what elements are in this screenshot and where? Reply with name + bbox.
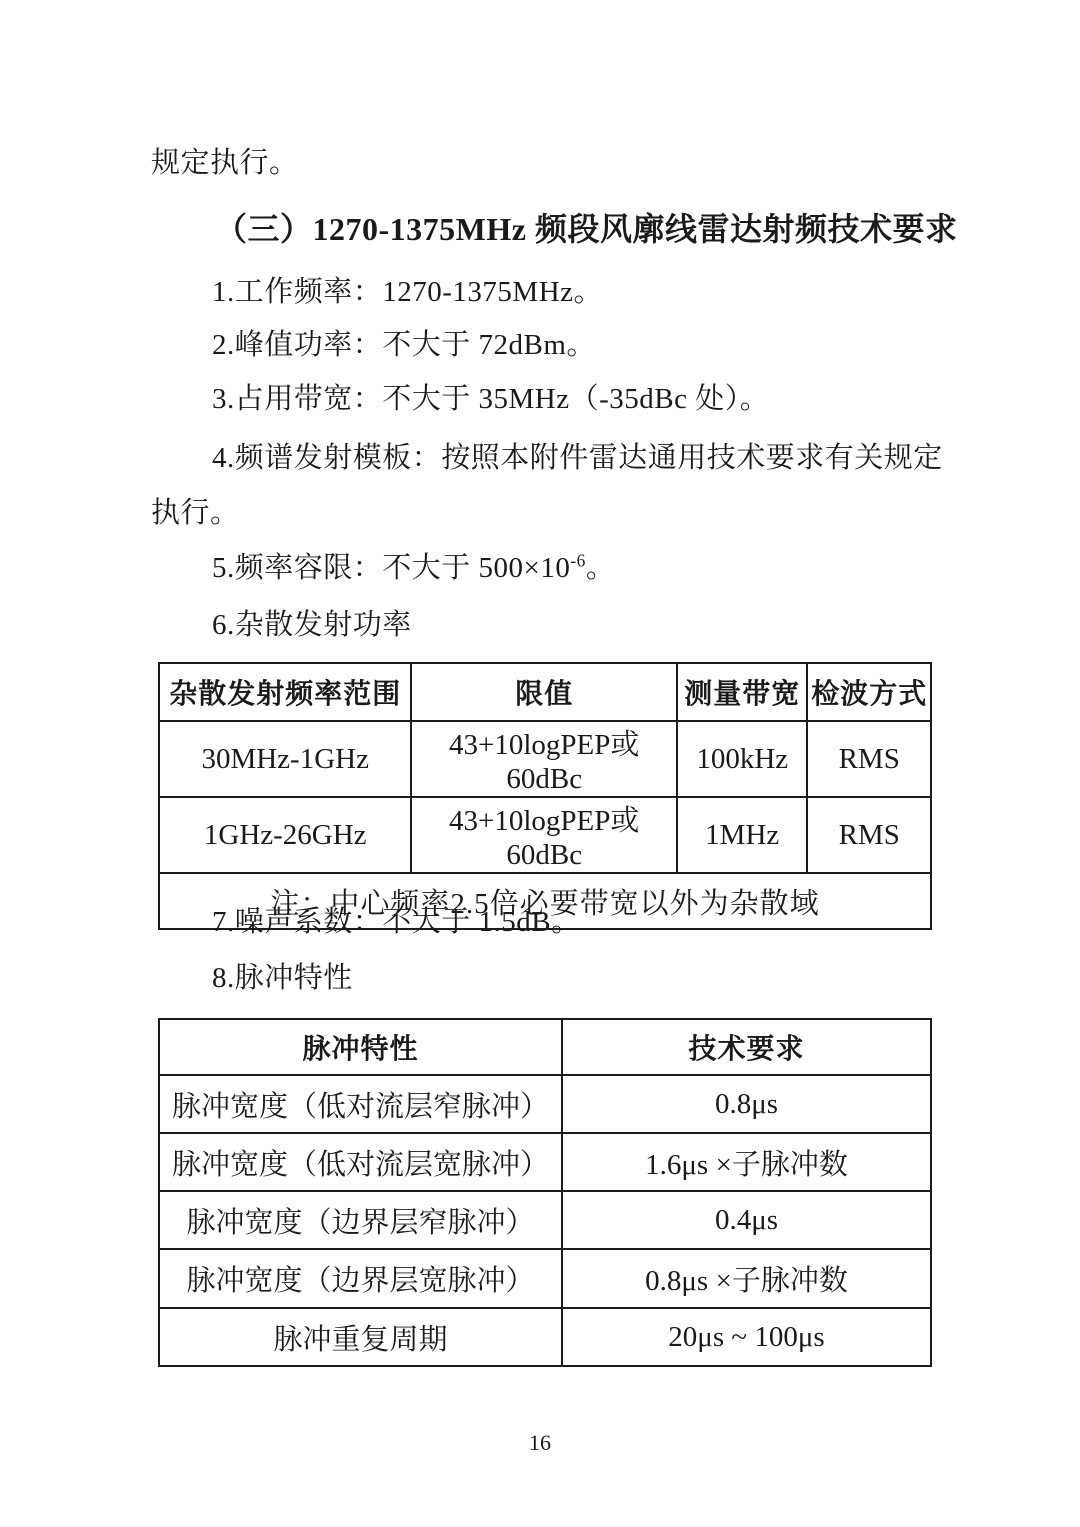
cell-frequency-range: 1GHz-26GHz (159, 797, 411, 873)
cell-technical-requirement: 0.4μs (562, 1191, 931, 1249)
column-header-frequency-range: 杂散发射频率范围 (159, 663, 411, 721)
cell-pulse-characteristic: 脉冲重复周期 (159, 1308, 562, 1366)
cell-technical-requirement: 20μs ~ 100μs (562, 1308, 931, 1366)
item-spurious-emission-power: 6.杂散发射功率 (212, 609, 412, 641)
cell-measure-bandwidth: 100kHz (677, 721, 807, 797)
table-row: 1GHz-26GHz 43+10logPEP或60dBc 1MHz RMS (159, 797, 931, 873)
table-row: 30MHz-1GHz 43+10logPEP或60dBc 100kHz RMS (159, 721, 931, 797)
cell-pulse-characteristic: 脉冲宽度（低对流层宽脉冲） (159, 1133, 562, 1191)
cell-detection-mode: RMS (807, 721, 931, 797)
item-spectrum-mask-line1: 4.频谱发射模板：按照本附件雷达通用技术要求有关规定 (212, 442, 943, 474)
cell-measure-bandwidth: 1MHz (677, 797, 807, 873)
table-row: 脉冲宽度（边界层宽脉冲） 0.8μs ×子脉冲数 (159, 1249, 931, 1308)
cell-limit: 43+10logPEP或60dBc (411, 797, 677, 873)
cell-pulse-characteristic: 脉冲宽度（边界层宽脉冲） (159, 1249, 562, 1308)
item-frequency-tolerance: 5.频率容限：不大于 500×10-6。 (212, 552, 615, 584)
table-row: 脉冲宽度（边界层窄脉冲） 0.4μs (159, 1191, 931, 1249)
cell-pulse-characteristic: 脉冲宽度（边界层窄脉冲） (159, 1191, 562, 1249)
table-row: 脉冲宽度（低对流层窄脉冲） 0.8μs (159, 1075, 931, 1133)
document-page: 规定执行。 （三）1270-1375MHz 频段风廓线雷达射频技术要求 1.工作… (0, 0, 1080, 1527)
table-row: 脉冲宽度（低对流层宽脉冲） 1.6μs ×子脉冲数 (159, 1133, 931, 1191)
item-operating-frequency: 1.工作频率：1270-1375MHz。 (212, 276, 603, 308)
section-heading: （三）1270-1375MHz 频段风廓线雷达射频技术要求 (215, 211, 957, 247)
pulse-characteristics-table: 脉冲特性 技术要求 脉冲宽度（低对流层窄脉冲） 0.8μs 脉冲宽度（低对流层宽… (158, 1018, 932, 1367)
cell-frequency-range: 30MHz-1GHz (159, 721, 411, 797)
table-row: 脉冲重复周期 20μs ~ 100μs (159, 1308, 931, 1366)
cell-technical-requirement: 0.8μs ×子脉冲数 (562, 1249, 931, 1308)
column-header-technical-requirement: 技术要求 (562, 1019, 931, 1075)
paragraph-continuation: 规定执行。 (151, 147, 299, 179)
item-peak-power: 2.峰值功率：不大于 72dBm。 (212, 329, 596, 361)
frequency-tolerance-exponent: -6 (570, 550, 586, 570)
column-header-detection-mode: 检波方式 (807, 663, 931, 721)
column-header-limit: 限值 (411, 663, 677, 721)
cell-technical-requirement: 1.6μs ×子脉冲数 (562, 1133, 931, 1191)
item-occupied-bandwidth: 3.占用带宽：不大于 35MHz（-35dBc 处）。 (212, 383, 769, 415)
item-spectrum-mask-line2: 执行。 (151, 497, 240, 529)
column-header-measure-bandwidth: 测量带宽 (677, 663, 807, 721)
table-header-row: 脉冲特性 技术要求 (159, 1019, 931, 1075)
column-header-pulse-characteristic: 脉冲特性 (159, 1019, 562, 1075)
cell-pulse-characteristic: 脉冲宽度（低对流层窄脉冲） (159, 1075, 562, 1133)
cell-limit: 43+10logPEP或60dBc (411, 721, 677, 797)
frequency-tolerance-text: 5.频率容限：不大于 500×10 (212, 552, 570, 584)
spurious-emission-table: 杂散发射频率范围 限值 测量带宽 检波方式 30MHz-1GHz 43+10lo… (158, 662, 932, 930)
item-noise-figure: 7.噪声系数：不大于 1.5dB。 (212, 906, 581, 938)
cell-technical-requirement: 0.8μs (562, 1075, 931, 1133)
item-pulse-characteristics: 8.脉冲特性 (212, 962, 353, 994)
page-number: 16 (0, 1431, 1080, 1455)
cell-detection-mode: RMS (807, 797, 931, 873)
frequency-tolerance-period: 。 (586, 552, 616, 584)
table-header-row: 杂散发射频率范围 限值 测量带宽 检波方式 (159, 663, 931, 721)
